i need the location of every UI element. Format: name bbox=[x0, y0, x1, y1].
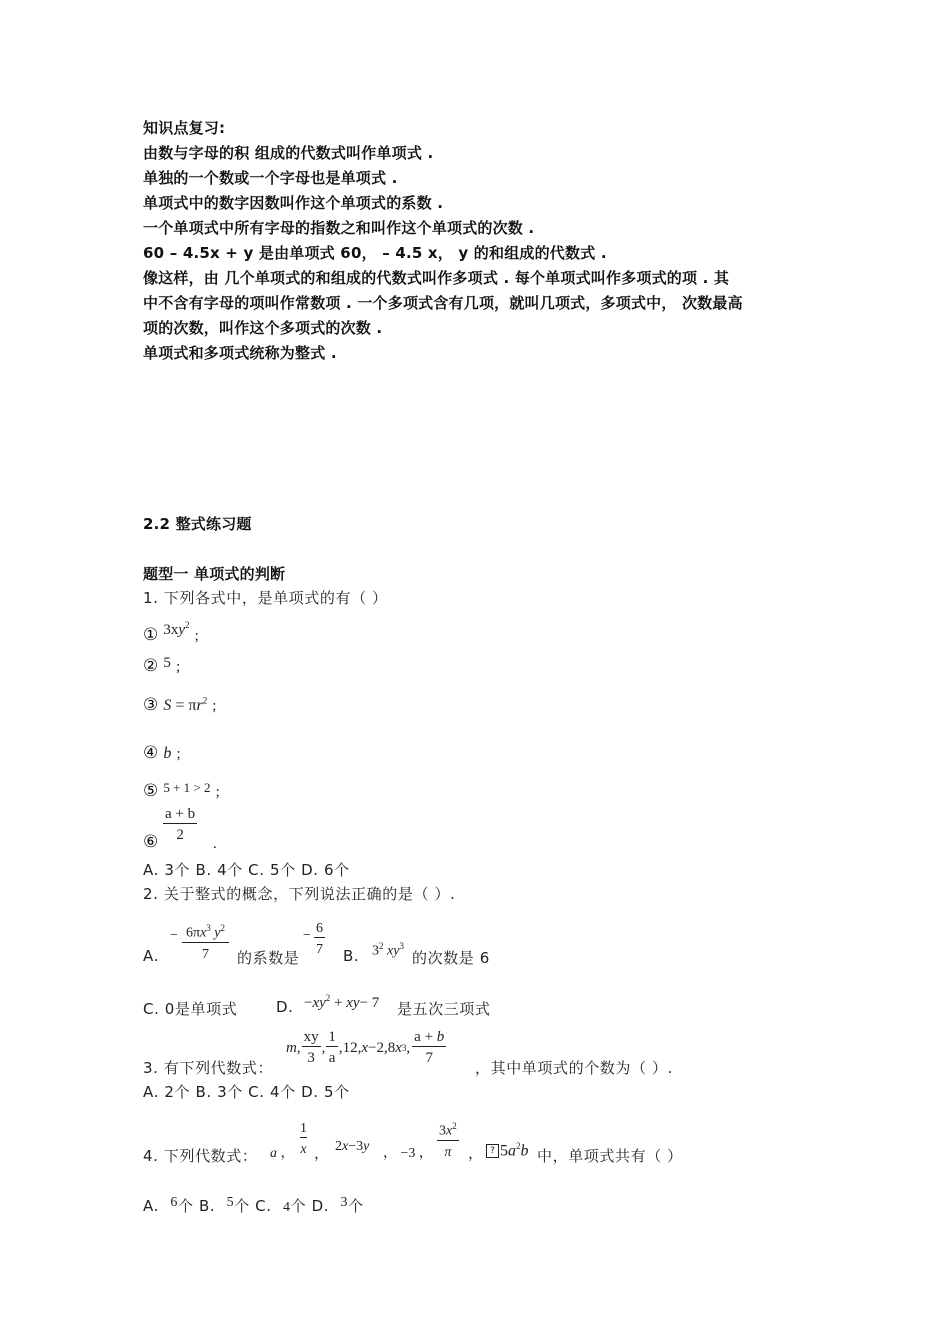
q4-tail: 中，单项式共有（ ） bbox=[537, 1145, 683, 1166]
q2-optC: C. 0是单项式 bbox=[143, 998, 237, 1019]
q1-stem: 1. 下列各式中，是单项式的有（ ） bbox=[143, 587, 388, 608]
q3-expressions: m, xy3, 1a,12, x−2,8x3, a + b7 bbox=[286, 1029, 448, 1067]
q2-optB-expr: 32 xy3 bbox=[372, 941, 404, 960]
section-title: 2.2 整式练习题 bbox=[143, 513, 252, 534]
review-line: 由数与字母的积 组成的代数式叫作单项式 . bbox=[143, 142, 433, 163]
review-title: 知识点复习: bbox=[143, 117, 225, 138]
q4-expr-1-over-x: 1x bbox=[298, 1120, 309, 1158]
q3-tail: ，其中单项式的个数为（ ）. bbox=[475, 1057, 673, 1078]
review-line: 像这样，由 几个单项式的和组成的代数式叫作多项式 . 每个单项式叫作多项式的项 … bbox=[143, 267, 729, 288]
q1-options: A. 3个 B. 4个 C. 5个 D. 6个 bbox=[143, 859, 350, 880]
q2-optB-text: 的次数是 6 bbox=[412, 947, 490, 968]
q1-item-5: ⑤ 5 + 1 > 2 ; bbox=[143, 780, 220, 801]
q4-expr-a: a ， bbox=[270, 1142, 295, 1162]
q2-optA-fraction: 6πx3 y2 7 bbox=[182, 920, 229, 963]
q4-expr-2x-3y: 2x−3y bbox=[335, 1139, 369, 1155]
q2-optA-ans-minus: − bbox=[303, 928, 311, 944]
q2-optA-text: 的系数是 bbox=[237, 947, 299, 968]
q3-options: A. 2个 B. 3个 C. 4个 D. 5个 bbox=[143, 1081, 350, 1102]
review-line: 中不含有字母的项叫作常数项 . 一个多项式含有几项，就叫几项式，多项式中， 次数… bbox=[143, 292, 743, 313]
q4-expr-5a2b: ?5a2b bbox=[486, 1141, 529, 1160]
q2-optA-label: A. bbox=[143, 947, 159, 965]
q4-expr-neg3: ， −3 ， bbox=[383, 1142, 433, 1162]
q4-options: A. 6个 B. 5个 C. 4个 D. 3个 bbox=[143, 1195, 364, 1216]
q2-stem: 2. 关于整式的概念，下列说法正确的是（ ）. bbox=[143, 883, 455, 904]
q3-stem: 3. 有下列代数式： bbox=[143, 1057, 273, 1078]
q2-optD-label: D. bbox=[276, 998, 294, 1016]
q1-expr-1: 3xy2 bbox=[163, 622, 189, 638]
type-heading: 题型一 单项式的判断 bbox=[143, 563, 285, 584]
q1-item-2: ② 5 ; bbox=[143, 655, 180, 676]
q1-expr-3: S = πr2 bbox=[163, 697, 207, 714]
q1-item-4: ④ b ; bbox=[143, 743, 181, 763]
q1-item-3: ③ S = πr2 ; bbox=[143, 695, 216, 715]
q4-expr-3x2-over-pi: 3x2π bbox=[437, 1118, 459, 1161]
q2-optD-expr: −xy2 + xy− 7 bbox=[304, 993, 379, 1012]
q1-fraction: a + b 2 bbox=[163, 806, 197, 844]
review-line: 一个单项式中所有字母的指数之和叫作这个单项式的次数 . bbox=[143, 217, 534, 238]
review-line: 60 – 4.5x + y 是由单项式 60， – 4.5 x， y 的和组成的… bbox=[143, 242, 607, 263]
review-line: 项的次数，叫作这个多项式的次数 . bbox=[143, 317, 382, 338]
q1-item-1: ① 3xy2 ; bbox=[143, 620, 199, 645]
q4-stem: 4. 下列代数式： bbox=[143, 1145, 257, 1166]
q4-comma: ， bbox=[314, 1142, 329, 1163]
q2-optA-minus: − bbox=[170, 928, 178, 944]
q4-comma2: ， bbox=[468, 1142, 483, 1163]
q2-optA-answer-fraction: 6 7 bbox=[314, 920, 325, 958]
missing-glyph-icon: ? bbox=[486, 1144, 499, 1158]
q2-optB-label: B. bbox=[343, 947, 359, 965]
review-line: 单项式中的数字因数叫作这个单项式的系数 . bbox=[143, 192, 443, 213]
q2-optD-text: 是五次三项式 bbox=[397, 998, 491, 1019]
review-line: 单独的一个数或一个字母也是单项式 . bbox=[143, 167, 398, 188]
review-line: 单项式和多项式统称为整式 . bbox=[143, 342, 337, 363]
